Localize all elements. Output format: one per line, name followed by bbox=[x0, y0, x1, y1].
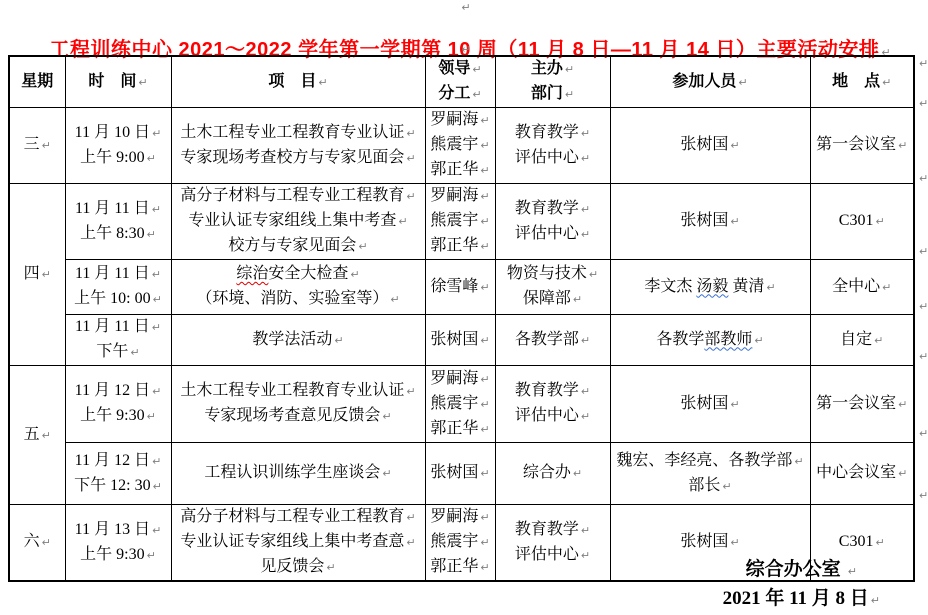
table-row: 三↵11 月 10 日↵上午 9:00↵土木工程专业工程教育专业认证↵专家现场考… bbox=[9, 108, 914, 184]
signature-office: 综合办公室↵ bbox=[723, 556, 880, 585]
cell-text: C301 bbox=[839, 533, 874, 550]
paragraph-mark: ↵ bbox=[152, 321, 161, 334]
paragraph-mark: ↵ bbox=[581, 549, 590, 562]
cell-text: 第一会议室 bbox=[816, 395, 896, 412]
paragraph-mark: ↵ bbox=[480, 511, 489, 524]
location-cell: 自定↵ bbox=[810, 315, 914, 366]
project-cell: 工程认识训练学生座谈会↵ bbox=[171, 443, 425, 505]
cell-text: 熊震宇 bbox=[430, 533, 478, 550]
paragraph-mark: ↵ bbox=[730, 139, 739, 152]
cell-text: 各教学 bbox=[656, 331, 704, 348]
project-cell: 高分子材料与工程专业工程教育↵专业认证专家组线上集中考查↵校方与专家见面会↵ bbox=[171, 184, 425, 260]
cell-text: 土木工程专业工程教育专业认证 bbox=[180, 124, 404, 141]
schedule-table: 星期时 间↵项 目↵领导↵分工↵主办↵部门↵参加人员↵地 点↵ 三↵11 月 1… bbox=[8, 55, 915, 582]
project-cell: 土木工程专业工程教育专业认证↵专家现场考查校方与专家见面会↵ bbox=[171, 108, 425, 184]
cell-text: 熊震宇 bbox=[430, 395, 478, 412]
paragraph-mark: ↵ bbox=[565, 88, 574, 101]
paragraph-mark: ↵ bbox=[350, 268, 359, 281]
table-row: 11 月 12 日↵下午 12: 30↵工程认识训练学生座谈会↵张树国↵综合办↵… bbox=[9, 443, 914, 505]
header-cell-leader-assignment: 领导↵分工↵ bbox=[425, 56, 495, 108]
project-cell: 综治安全大检查↵（环境、消防、实验室等）↵ bbox=[171, 260, 425, 315]
cell-text: 中心会议室 bbox=[816, 464, 896, 481]
day-cell: 四↵ bbox=[9, 184, 65, 366]
cell-text: 张树国 bbox=[430, 331, 478, 348]
paragraph-mark: ↵ bbox=[152, 524, 161, 537]
paragraph-mark: ↵ bbox=[382, 410, 391, 423]
leader-cell: 张树国↵ bbox=[425, 315, 495, 366]
cell-text: 部长 bbox=[688, 477, 720, 494]
time-cell: 11 月 11 日↵上午 10: 00↵ bbox=[65, 260, 171, 315]
cell-text: 教学法活动 bbox=[252, 331, 332, 348]
table-row: 四↵11 月 11 日↵上午 8:30↵高分子材料与工程专业工程教育↵专业认证专… bbox=[9, 184, 914, 260]
header-cell-location: 地 点↵ bbox=[810, 56, 914, 108]
paragraph-mark: ↵ bbox=[153, 293, 162, 306]
paragraph-mark: ↵ bbox=[480, 423, 489, 436]
paragraph-mark: ↵ bbox=[472, 63, 481, 76]
header-cell-host-department: 主办↵部门↵ bbox=[495, 56, 610, 108]
spellcheck-text: 部教师 bbox=[704, 331, 752, 348]
paragraph-mark: ↵ bbox=[480, 114, 489, 127]
cell-text: 徐雪峰 bbox=[430, 278, 478, 295]
header-cell-time: 时 间↵ bbox=[65, 56, 171, 108]
paragraph-mark: ↵ bbox=[480, 281, 489, 294]
spellcheck-text: 汤毅 bbox=[696, 278, 728, 295]
project-cell: 高分子材料与工程专业工程教育↵专业认证专家组线上集中考查意↵见反馈会↵ bbox=[171, 505, 425, 582]
cell-text: 专家现场考查意见反馈会 bbox=[204, 407, 380, 424]
cell-text: 土木工程专业工程教育专业认证 bbox=[180, 382, 404, 399]
cell-text: 部门 bbox=[531, 85, 563, 102]
department-cell: 教育教学↵评估中心↵ bbox=[495, 108, 610, 184]
cell-text: 星期 bbox=[21, 73, 53, 90]
cell-text: 评估中心 bbox=[515, 149, 579, 166]
paragraph-mark: ↵ bbox=[581, 203, 590, 216]
cell-text: 第一会议室 bbox=[816, 136, 896, 153]
leader-cell: 徐雪峰↵ bbox=[425, 260, 495, 315]
participants-cell: 魏宏、李经亮、各教学部↵部长↵ bbox=[610, 443, 810, 505]
paragraph-mark: ↵ bbox=[130, 346, 139, 359]
paragraph-mark: ↵ bbox=[147, 152, 156, 165]
department-cell: 物资与技术↵保障部↵ bbox=[495, 260, 610, 315]
cell-text: 见反馈会 bbox=[260, 558, 324, 575]
cell-text: 罗嗣海 bbox=[430, 370, 478, 387]
time-cell: 11 月 12 日↵下午 12: 30↵ bbox=[65, 443, 171, 505]
cell-text: 全中心 bbox=[832, 278, 880, 295]
paragraph-mark: ↵ bbox=[480, 164, 489, 177]
project-cell: 土木工程专业工程教育专业认证↵专家现场考查意见反馈会↵ bbox=[171, 366, 425, 443]
cell-text: 综合办 bbox=[523, 464, 571, 481]
paragraph-mark: ↵ bbox=[472, 88, 481, 101]
participants-cell: 李文杰 汤毅 黄清↵ bbox=[610, 260, 810, 315]
paragraph-mark: ↵ bbox=[406, 127, 415, 140]
paragraph-mark: ↵ bbox=[738, 76, 747, 89]
cell-text: 高分子材料与工程专业工程教育 bbox=[180, 508, 404, 525]
time-cell: 11 月 13 日↵上午 9:30↵ bbox=[65, 505, 171, 582]
paragraph-mark: ↵ bbox=[573, 293, 582, 306]
paragraph-mark: ↵ bbox=[480, 467, 489, 480]
leader-cell: 罗嗣海↵熊震宇↵郭正华↵ bbox=[425, 505, 495, 582]
paragraph-mark: ↵ bbox=[398, 215, 407, 228]
paragraph-mark: ↵ bbox=[390, 293, 399, 306]
cell-text: 罗嗣海 bbox=[430, 187, 478, 204]
cell-text: 保障部 bbox=[523, 290, 571, 307]
paragraph-mark: ↵ bbox=[581, 385, 590, 398]
cell-text: 罗嗣海 bbox=[430, 508, 478, 525]
cell-text: 熊震宇 bbox=[430, 212, 478, 229]
paragraph-mark: ↵ bbox=[42, 268, 51, 281]
cell-text: 三 bbox=[24, 136, 40, 153]
paragraph-mark: ↵ bbox=[147, 228, 156, 241]
header-cell-weekday: 星期 bbox=[9, 56, 65, 108]
cell-text: 分工 bbox=[438, 85, 470, 102]
department-cell: 综合办↵ bbox=[495, 443, 610, 505]
paragraph-mark: ↵ bbox=[42, 429, 51, 442]
row-end-mark: ↵ bbox=[919, 300, 928, 313]
header-cell-project: 项 目↵ bbox=[171, 56, 425, 108]
location-cell: 第一会议室↵ bbox=[810, 108, 914, 184]
cell-text: 郭正华 bbox=[430, 161, 478, 178]
cell-text: 评估中心 bbox=[515, 407, 579, 424]
paragraph-mark: ↵ bbox=[581, 228, 590, 241]
paragraph-mark: ↵ bbox=[153, 480, 162, 493]
cell-text: 11 月 12 日 bbox=[75, 382, 150, 399]
paragraph-mark: ↵ bbox=[730, 536, 739, 549]
day-cell: 六↵ bbox=[9, 505, 65, 582]
paragraph-mark: ↵ bbox=[898, 467, 907, 480]
day-cell: 五↵ bbox=[9, 366, 65, 505]
paragraph-mark: ↵ bbox=[766, 281, 775, 294]
signature-office-text: 综合办公室 bbox=[746, 559, 841, 580]
paragraph-mark: ↵ bbox=[754, 334, 763, 347]
time-cell: 11 月 11 日↵下午↵ bbox=[65, 315, 171, 366]
paragraph-mark: ↵ bbox=[480, 373, 489, 386]
cell-text: 五 bbox=[24, 426, 40, 443]
participants-cell: 张树国↵ bbox=[610, 108, 810, 184]
paragraph-mark: ↵ bbox=[581, 334, 590, 347]
paragraph-mark: ↵ bbox=[480, 561, 489, 574]
cell-text: 参加人员 bbox=[672, 73, 736, 90]
spellcheck-text: 综治 bbox=[236, 265, 268, 282]
cell-text: 教育教学 bbox=[515, 124, 579, 141]
cell-text: 上午 9:30 bbox=[80, 407, 144, 424]
cell-text: 领导 bbox=[438, 60, 470, 77]
header-cell-participants: 参加人员↵ bbox=[610, 56, 810, 108]
cell-text: 四 bbox=[24, 265, 40, 282]
cell-text: 各教学部 bbox=[515, 331, 579, 348]
paragraph-mark: ↵ bbox=[898, 139, 907, 152]
cell-text: （环境、消防、实验室等） bbox=[196, 290, 388, 307]
cell-text: 11 月 11 日 bbox=[75, 265, 150, 282]
paragraph-mark: ↵ bbox=[794, 455, 803, 468]
paragraph-mark: ↵ bbox=[875, 215, 884, 228]
paragraph-mark: ↵ bbox=[480, 215, 489, 228]
paragraph-mark: ↵ bbox=[722, 480, 731, 493]
cell-text: 上午 9:00 bbox=[80, 149, 144, 166]
row-end-mark: ↵ bbox=[919, 172, 928, 185]
cell-text: 李文杰 bbox=[644, 278, 696, 295]
cell-text: 张树国 bbox=[680, 136, 728, 153]
paragraph-mark: ↵ bbox=[152, 455, 161, 468]
department-cell: 教育教学↵评估中心↵ bbox=[495, 184, 610, 260]
header-row: 星期时 间↵项 目↵领导↵分工↵主办↵部门↵参加人员↵地 点↵ bbox=[9, 56, 914, 108]
table-row: 五↵11 月 12 日↵上午 9:30↵土木工程专业工程教育专业认证↵专家现场考… bbox=[9, 366, 914, 443]
cell-text: 评估中心 bbox=[515, 546, 579, 563]
cell-text: 张树国 bbox=[680, 533, 728, 550]
participants-cell: 张树国↵ bbox=[610, 366, 810, 443]
paragraph-mark: ↵ bbox=[318, 76, 327, 89]
cell-text: 魏宏、李经亮、各教学部 bbox=[616, 452, 792, 469]
paragraph-mark: ↵ bbox=[480, 536, 489, 549]
paragraph-mark: ↵ bbox=[480, 398, 489, 411]
cell-text: 张树国 bbox=[430, 464, 478, 481]
cell-text: 下午 bbox=[96, 343, 128, 360]
paragraph-mark: ↵ bbox=[147, 410, 156, 423]
paragraph-mark: ↵ bbox=[581, 524, 590, 537]
cell-text: 黄清 bbox=[728, 278, 764, 295]
paragraph-mark: ↵ bbox=[147, 549, 156, 562]
paragraph-mark: ↵ bbox=[152, 203, 161, 216]
paragraph-mark: ↵ bbox=[138, 76, 147, 89]
cell-text: 评估中心 bbox=[515, 225, 579, 242]
cell-text: 张树国 bbox=[680, 212, 728, 229]
cell-text: 专业认证专家组线上集中考查意 bbox=[180, 533, 404, 550]
paragraph-mark: ↵ bbox=[882, 281, 891, 294]
paragraph-mark: ↵ bbox=[848, 565, 857, 578]
paragraph-mark: ↵ bbox=[480, 334, 489, 347]
cell-text: 郭正华 bbox=[430, 237, 478, 254]
paragraph-mark: ↵ bbox=[406, 385, 415, 398]
cell-text: 六 bbox=[24, 533, 40, 550]
row-end-mark: ↵ bbox=[919, 489, 928, 502]
cell-text: 上午 10: 00 bbox=[74, 290, 150, 307]
paragraph-mark: ↵ bbox=[358, 240, 367, 253]
cell-text: 上午 8:30 bbox=[80, 225, 144, 242]
paragraph-mark: ↵ bbox=[406, 190, 415, 203]
row-end-mark: ↵ bbox=[919, 97, 928, 110]
paragraph-mark: ↵ bbox=[874, 334, 883, 347]
paragraph-mark: ↵ bbox=[875, 536, 884, 549]
paragraph-mark: ↵ bbox=[406, 152, 415, 165]
paragraph-mark: ↵ bbox=[152, 268, 161, 281]
paragraph-mark: ↵ bbox=[42, 536, 51, 549]
department-cell: 教育教学↵评估中心↵ bbox=[495, 505, 610, 582]
time-cell: 11 月 12 日↵上午 9:30↵ bbox=[65, 366, 171, 443]
cell-text: 校方与专家见面会 bbox=[228, 237, 356, 254]
paragraph-mark: ↵ bbox=[730, 215, 739, 228]
table-row: 11 月 11 日↵下午↵教学法活动↵张树国↵各教学部↵各教学部教师↵自定↵ bbox=[9, 315, 914, 366]
paragraph-mark: ↵ bbox=[382, 467, 391, 480]
paragraph-mark: ↵ bbox=[406, 511, 415, 524]
paragraph-mark: ↵ bbox=[480, 240, 489, 253]
paragraph-mark: ↵ bbox=[730, 398, 739, 411]
paragraph-mark: ↵ bbox=[581, 152, 590, 165]
cell-text: 郭正华 bbox=[430, 420, 478, 437]
cell-text: 教育教学 bbox=[515, 382, 579, 399]
leader-cell: 张树国↵ bbox=[425, 443, 495, 505]
cell-text: 罗嗣海 bbox=[430, 111, 478, 128]
leader-cell: 罗嗣海↵熊震宇↵郭正华↵ bbox=[425, 366, 495, 443]
participants-cell: 张树国↵ bbox=[610, 184, 810, 260]
row-end-mark: ↵ bbox=[919, 245, 928, 258]
row-end-mark: ↵ bbox=[919, 427, 928, 440]
cell-text: 物资与技术 bbox=[507, 265, 587, 282]
paragraph-mark: ↵ bbox=[589, 268, 598, 281]
signature-date: 2021 年 11 月 8 日↵ bbox=[723, 585, 880, 614]
paragraph-mark: ↵ bbox=[581, 410, 590, 423]
table-row: 11 月 11 日↵上午 10: 00↵综治安全大检查↵（环境、消防、实验室等）… bbox=[9, 260, 914, 315]
cell-text: 11 月 11 日 bbox=[75, 318, 150, 335]
cell-text: 11 月 11 日 bbox=[75, 200, 150, 217]
project-cell: 教学法活动↵ bbox=[171, 315, 425, 366]
location-cell: 全中心↵ bbox=[810, 260, 914, 315]
location-cell: 第一会议室↵ bbox=[810, 366, 914, 443]
paragraph-mark: ↵ bbox=[480, 190, 489, 203]
paragraph-mark: ↵ bbox=[326, 561, 335, 574]
paragraph-mark: ↵ bbox=[152, 385, 161, 398]
cell-text: 熊震宇 bbox=[430, 136, 478, 153]
paragraph-mark: ↵ bbox=[406, 536, 415, 549]
cell-text: 高分子材料与工程专业工程教育 bbox=[180, 187, 404, 204]
paragraph-mark: ↵ bbox=[898, 398, 907, 411]
cell-text: 郭正华 bbox=[430, 558, 478, 575]
paragraph-mark: ↵ bbox=[882, 76, 891, 89]
paragraph-mark: ↵ bbox=[480, 139, 489, 152]
cell-text: 教育教学 bbox=[515, 521, 579, 538]
day-cell: 三↵ bbox=[9, 108, 65, 184]
cell-text: 11 月 13 日 bbox=[75, 521, 150, 538]
cell-text: 项 目 bbox=[268, 73, 316, 90]
cell-text: 专业认证专家组线上集中考查 bbox=[188, 212, 396, 229]
cell-text: 下午 12: 30 bbox=[74, 477, 150, 494]
location-cell: 中心会议室↵ bbox=[810, 443, 914, 505]
cell-text: 11 月 10 日 bbox=[75, 124, 150, 141]
paragraph-mark: ↵ bbox=[334, 334, 343, 347]
cell-text: C301 bbox=[839, 212, 874, 229]
signature-date-text: 2021 年 11 月 8 日 bbox=[723, 588, 869, 609]
paragraph-mark: ↵ bbox=[152, 127, 161, 140]
paragraph-mark: ↵ bbox=[42, 139, 51, 152]
cell-text: 上午 9:30 bbox=[80, 546, 144, 563]
cell-text: 11 月 12 日 bbox=[75, 452, 150, 469]
cell-text: 时 间 bbox=[88, 73, 136, 90]
time-cell: 11 月 10 日↵上午 9:00↵ bbox=[65, 108, 171, 184]
row-end-mark: ↵ bbox=[919, 350, 928, 363]
department-cell: 教育教学↵评估中心↵ bbox=[495, 366, 610, 443]
leader-cell: 罗嗣海↵熊震宇↵郭正华↵ bbox=[425, 184, 495, 260]
cell-text: 主办 bbox=[531, 60, 563, 77]
cell-text: 地 点 bbox=[832, 73, 880, 90]
paragraph-mark: ↵ bbox=[565, 63, 574, 76]
location-cell: C301↵ bbox=[810, 184, 914, 260]
row-end-mark: ↵ bbox=[919, 57, 928, 70]
time-cell: 11 月 11 日↵上午 8:30↵ bbox=[65, 184, 171, 260]
cell-text: 张树国 bbox=[680, 395, 728, 412]
paragraph-mark: ↵ bbox=[581, 127, 590, 140]
cell-text: 安全大检查 bbox=[268, 265, 348, 282]
cell-text: 工程认识训练学生座谈会 bbox=[204, 464, 380, 481]
paragraph-mark: ↵ bbox=[573, 467, 582, 480]
signature-block: 综合办公室↵ 2021 年 11 月 8 日↵ bbox=[723, 556, 880, 614]
paragraph-mark: ↵ bbox=[871, 594, 880, 607]
participants-cell: 各教学部教师↵ bbox=[610, 315, 810, 366]
leader-cell: 罗嗣海↵熊震宇↵郭正华↵ bbox=[425, 108, 495, 184]
cell-text: 自定 bbox=[840, 331, 872, 348]
department-cell: 各教学部↵ bbox=[495, 315, 610, 366]
cell-text: 专家现场考查校方与专家见面会 bbox=[180, 149, 404, 166]
cell-text: 教育教学 bbox=[515, 200, 579, 217]
